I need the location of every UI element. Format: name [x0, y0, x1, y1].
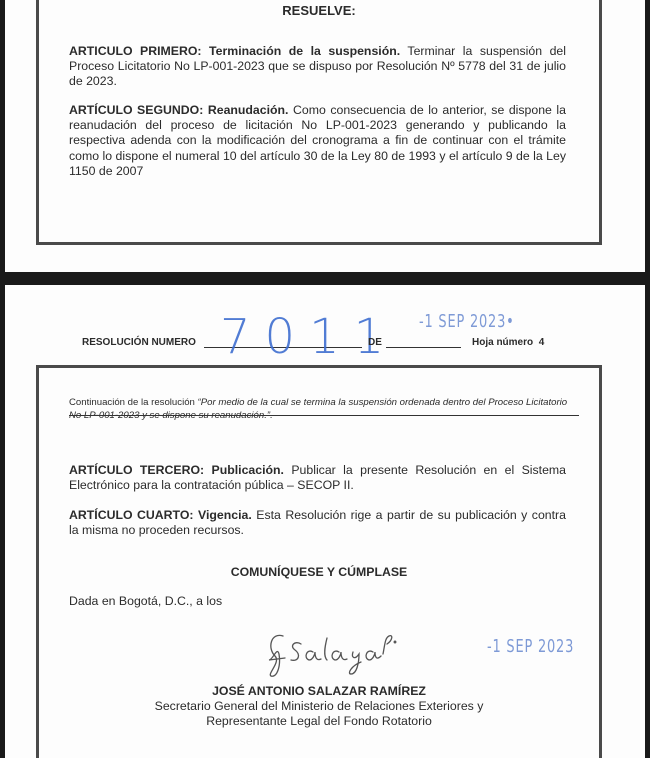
document-page-1: RESUELVE: ARTICULO PRIMERO: Terminación … — [5, 0, 645, 272]
sheet-number-label: Hoja número 4 — [472, 337, 544, 348]
document-page-2: RESOLUCIÓN NUMERO 7011 DE -1 SEP 2023• H… — [5, 285, 645, 758]
signature-image — [261, 630, 411, 678]
date-line — [386, 347, 461, 348]
article-tercero: ARTÍCULO TERCERO: Publicación. Publicar … — [69, 463, 566, 493]
signer-title-line-1: Secretario General del Ministerio de Rel… — [39, 699, 599, 714]
signature-date-stamp: -1 SEP 2023 — [487, 636, 574, 657]
resuelve-heading: RESUELVE: — [39, 3, 599, 18]
resolution-box-page-2: Continuación de la resolución “Por medio… — [36, 365, 602, 758]
article-cuarto-label: ARTÍCULO CUARTO: Vigencia. — [69, 508, 252, 522]
sheet-label: Hoja número — [472, 337, 533, 348]
article-segundo: ARTÍCULO SEGUNDO: Reanudación. Como cons… — [69, 103, 566, 179]
article-primero-label: ARTICULO PRIMERO: Terminación de la susp… — [69, 44, 400, 58]
resolution-box-page-1: RESUELVE: ARTICULO PRIMERO: Terminación … — [36, 0, 602, 245]
article-segundo-label: ARTÍCULO SEGUNDO: Reanudación. — [69, 103, 288, 117]
article-primero: ARTICULO PRIMERO: Terminación de la susp… — [69, 44, 566, 90]
signer-name: JOSÉ ANTONIO SALAZAR RAMÍREZ — [39, 684, 599, 699]
article-tercero-label: ARTÍCULO TERCERO: Publicación. — [69, 463, 284, 477]
header-date-stamp: -1 SEP 2023• — [419, 311, 515, 332]
de-label: DE — [368, 337, 382, 348]
given-in-text: Dada en Bogotá, D.C., a los — [69, 594, 566, 609]
closing-formula: COMUNÍQUESE Y CÚMPLASE — [39, 565, 599, 579]
resolution-number-label: RESOLUCIÓN NUMERO — [82, 337, 196, 348]
sheet-number: 4 — [539, 337, 545, 348]
signer-title-line-2: Representante Legal del Fondo Rotatorio — [39, 714, 599, 729]
continuation-rule — [69, 415, 579, 416]
article-cuarto: ARTÍCULO CUARTO: Vigencia. Esta Resoluci… — [69, 508, 566, 538]
continuation-prefix: Continuación de la resolución — [69, 397, 198, 408]
continuation-note: Continuación de la resolución “Por medio… — [69, 396, 579, 422]
